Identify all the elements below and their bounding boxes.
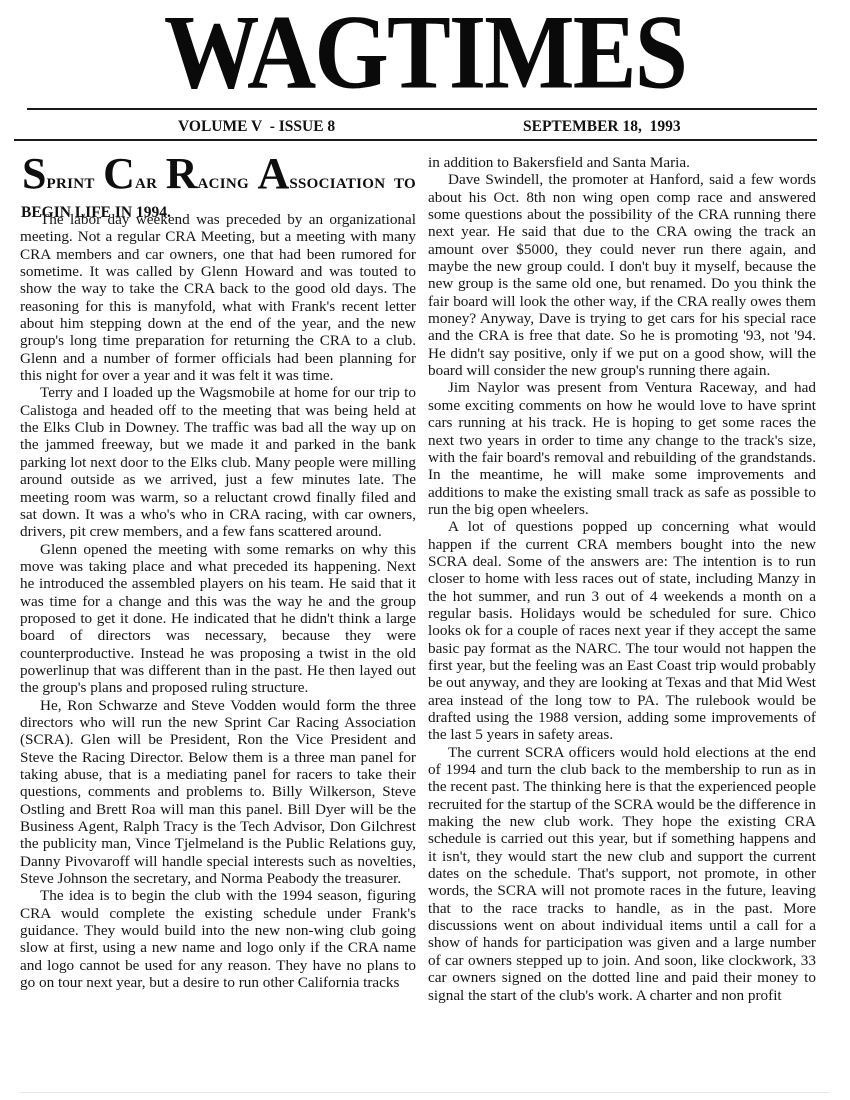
headline-word: ASSOCIATION	[258, 152, 386, 196]
paragraph: Terry and I loaded up the Wagsmobile at …	[20, 384, 416, 540]
headline-word: TO	[394, 175, 416, 193]
headline-word: RACING	[166, 152, 249, 196]
right-column: in addition to Bakersfield and Santa Mar…	[428, 154, 816, 1004]
masthead-title: WAGTIMES	[34, 2, 816, 104]
volume-issue: VOLUME V - ISSUE 8	[178, 118, 335, 136]
paragraph: Jim Naylor was present from Ventura Race…	[428, 379, 816, 518]
issue-date: SEPTEMBER 18, 1993	[523, 118, 681, 136]
page-bottom-edge	[20, 1092, 830, 1093]
masthead-bottom-rule	[14, 139, 817, 141]
article-headline: SPRINT CAR RACING ASSOCIATION TO	[22, 152, 416, 196]
paragraph: The current SCRA officers would hold ele…	[428, 744, 816, 1004]
paragraph: A lot of questions popped up concerning …	[428, 518, 816, 743]
paragraph: He, Ron Schwarze and Steve Vodden would …	[20, 697, 416, 888]
paragraph: The labor day weekend was preceded by an…	[20, 211, 416, 384]
paragraph: Dave Swindell, the promoter at Hanford, …	[428, 171, 816, 379]
left-column: The labor day weekend was preceded by an…	[20, 195, 416, 991]
headline-word: CAR	[103, 152, 157, 196]
paragraph: The idea is to begin the club with the 1…	[20, 887, 416, 991]
headline-word: SPRINT	[22, 152, 95, 196]
masthead-top-rule	[27, 108, 817, 110]
paragraph-continued: in addition to Bakersfield and Santa Mar…	[428, 154, 816, 171]
paragraph: Glenn opened the meeting with some remar…	[20, 541, 416, 697]
